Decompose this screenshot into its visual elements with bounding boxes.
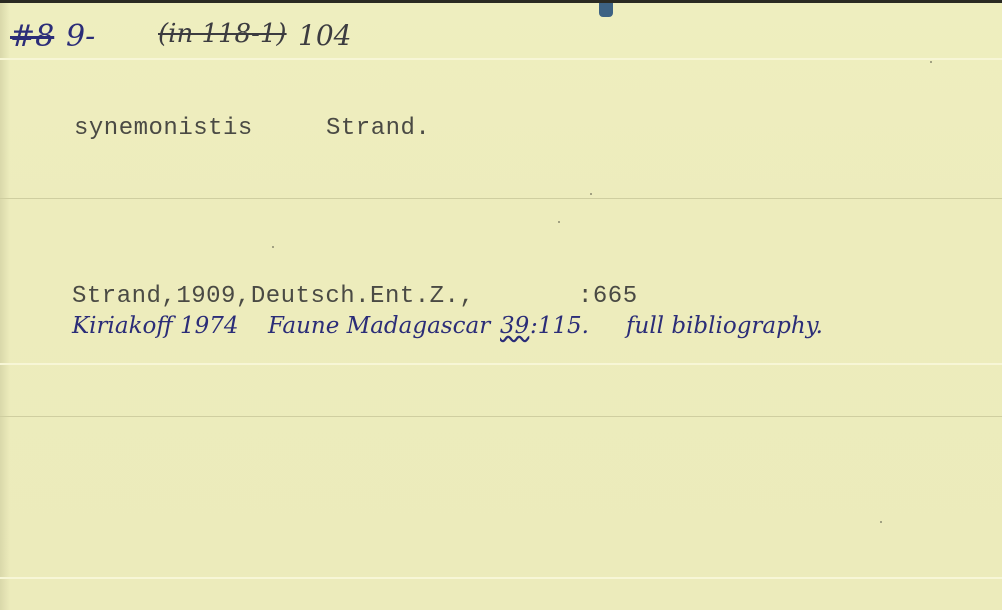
species-name: synemonistis: [74, 115, 253, 142]
speck: [930, 61, 932, 63]
speck: [558, 221, 560, 223]
handwritten-page: :115.: [530, 313, 589, 339]
handwritten-author-year: Kiriakoff 1974: [72, 313, 239, 339]
reference-citation: Strand,1909,Deutsch.Ent.Z.,: [72, 283, 474, 310]
ruled-line: [0, 363, 1002, 365]
reference-page: :665: [578, 283, 638, 310]
struck-parenthetical-reference: (in 118-1): [158, 19, 287, 49]
page-number: 104: [298, 19, 351, 52]
ruled-line: [0, 577, 1002, 579]
ruled-line: [0, 198, 1002, 199]
handwritten-volume: 39: [500, 313, 529, 339]
struck-catalog-number: #8: [10, 19, 54, 54]
card-tab-marker: [599, 3, 613, 17]
index-card: #8 9- (in 118-1) 104 synemonistis Strand…: [0, 3, 1002, 610]
catalog-number: 9-: [66, 19, 95, 54]
speck: [590, 193, 592, 195]
ruled-line: [0, 416, 1002, 417]
species-author: Strand.: [326, 115, 430, 142]
handwritten-note: full bibliography.: [626, 313, 823, 339]
handwritten-journal: Faune Madagascar: [268, 313, 490, 339]
speck: [880, 521, 882, 523]
speck: [272, 246, 274, 248]
ruled-line: [0, 58, 1002, 60]
